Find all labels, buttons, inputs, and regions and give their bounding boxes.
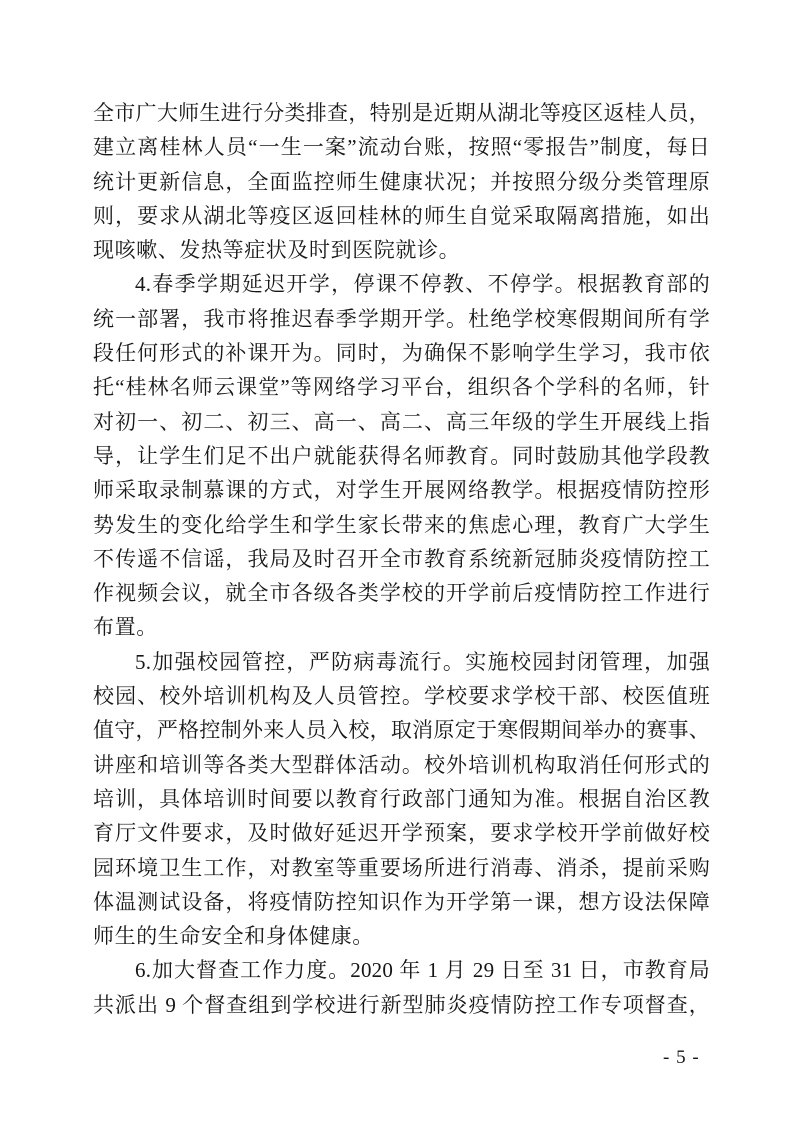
text-line: 值守，严格控制外来人员入校，取消原定于寒假期间举办的赛事、 [93,713,710,747]
text-line: 势发生的变化给学生和学生家长带来的焦虑心理，教育广大学生 [93,508,710,542]
text-line: 讲座和培训等各类大型群体活动。校外培训机构取消任何形式的 [93,748,710,782]
text-line-paragraph-5-start: 5.加强校园管控，严防病毒流行。实施校园封闭管理，加强 [93,645,710,679]
text-line: 则，要求从湖北等疫区返回桂林的师生自觉采取隔离措施，如出 [93,199,710,233]
text-line: 育厅文件要求，及时做好延迟开学预案，要求学校开学前做好校 [93,816,710,850]
text-line: 作视频会议，就全市各级各类学校的开学前后疫情防控工作进行 [93,576,710,610]
text-line: 建立离桂林人员“一生一案”流动台账，按照“零报告”制度，每日 [93,130,710,164]
text-line: 统计更新信息，全面监控师生健康状况；并按照分级分类管理原 [93,165,710,199]
text-line: 段任何形式的补课开为。同时，为确保不影响学生学习，我市依 [93,336,710,370]
text-line: 师生的生命安全和身体健康。 [93,919,710,953]
text-line: 共派出 9 个督查组到学校进行新型肺炎疫情防控工作专项督查， [93,988,710,1022]
text-line: 师采取录制慕课的方式，对学生开展网络教学。根据疫情防控形 [93,473,710,507]
text-line-paragraph-4-start: 4.春季学期延迟开学，停课不停教、不停学。根据教育部的 [93,267,710,301]
text-line: 导，让学生们足不出户就能获得名师教育。同时鼓励其他学段教 [93,439,710,473]
document-page: 全市广大师生进行分类排查，特别是近期从湖北等疫区返桂人员， 建立离桂林人员“一生… [0,0,800,1131]
document-body: 全市广大师生进行分类排查，特别是近期从湖北等疫区返桂人员， 建立离桂林人员“一生… [93,96,710,1022]
text-line: 托“桂林名师云课堂”等网络学习平台，组织各个学科的名师，针 [93,370,710,404]
text-line: 不传遥不信谣，我局及时召开全市教育系统新冠肺炎疫情防控工 [93,542,710,576]
text-line: 园环境卫生工作，对教室等重要场所进行消毒、消杀，提前采购 [93,851,710,885]
text-line: 体温测试设备，将疫情防控知识作为开学第一课，想方设法保障 [93,885,710,919]
text-line: 对初一、初二、初三、高一、高二、高三年级的学生开展线上指 [93,405,710,439]
text-line-paragraph-6-start: 6.加大督查工作力度。2020 年 1 月 29 日至 31 日，市教育局 [93,953,710,987]
text-line: 校园、校外培训机构及人员管控。学校要求学校干部、校医值班 [93,679,710,713]
text-line: 统一部署，我市将推迟春季学期开学。杜绝学校寒假期间所有学 [93,302,710,336]
text-line: 布置。 [93,610,710,644]
text-line: 全市广大师生进行分类排查，特别是近期从湖北等疫区返桂人员， [93,96,710,130]
text-line: 培训，具体培训时间要以教育行政部门通知为准。根据自治区教 [93,782,710,816]
page-number: - 5 - [663,1046,700,1070]
text-line: 现咳嗽、发热等症状及时到医院就诊。 [93,233,710,267]
